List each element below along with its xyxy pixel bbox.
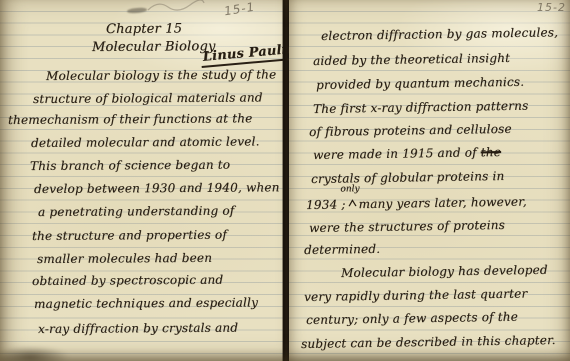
manuscript-line: Molecular biology has developed — [341, 263, 548, 280]
manuscript-line: very rapidly during the last quarter — [304, 286, 528, 304]
manuscript-line: of fibrous proteins and cellulose — [309, 122, 512, 139]
manuscript-line: a penetrating understanding of — [38, 204, 235, 219]
manuscript-line: smaller molecules had been — [37, 251, 212, 266]
chapter-heading: Chapter 15 — [106, 21, 182, 37]
pencil-smudge — [127, 7, 147, 14]
manuscript-line: This branch of science began to — [30, 158, 230, 173]
manuscript-line: aided by the theoretical insight — [313, 51, 510, 68]
manuscript-line: x-ray diffraction by crystals and — [38, 321, 238, 336]
manuscript-line: structure of biological materials and — [33, 90, 263, 106]
pencil-squiggle — [146, 0, 206, 14]
inserted-word: only — [340, 184, 359, 194]
manuscript-line: Molecular biology is the study of the — [46, 67, 276, 83]
manuscript-line: were the structures of proteins — [309, 218, 505, 235]
line-text: were made in 1915 and of — [313, 145, 481, 162]
caret-icon — [348, 199, 357, 206]
manuscript-line: subject can be described in this chapter… — [301, 333, 556, 351]
struck-word: the — [481, 145, 501, 159]
line-text: 1934 ; — [306, 197, 346, 212]
manuscript-line: themechanism of their functions at the — [8, 111, 253, 127]
page-number-right: 15-2 — [537, 1, 566, 14]
shadow-blot — [0, 346, 70, 361]
manuscript-line: The first x-ray diffraction patterns — [313, 99, 529, 116]
manuscript-line: provided by quantum mechanics. — [316, 75, 524, 92]
manuscript-line: 1934 ;onlymany years later, however, — [306, 194, 527, 212]
manuscript-line: magnetic techniques and especially — [34, 295, 258, 311]
manuscript-line: develop between 1930 and 1940, when — [34, 180, 280, 196]
manuscript-line: the structure and properties of — [32, 228, 227, 243]
manuscript-line: crystals of globular proteins in — [311, 169, 505, 186]
right-page: 15-2 electron diffraction by gas molecul… — [289, 0, 570, 361]
manuscript-line: obtained by spectroscopic and — [32, 273, 223, 288]
manuscript-photo: 15-1 Chapter 15 Molecular Biology Linus … — [0, 0, 570, 361]
manuscript-line: were made in 1915 and of the — [313, 145, 501, 162]
line-text: many years later, however, — [359, 195, 527, 212]
page-gutter — [282, 0, 289, 361]
manuscript-line: detailed molecular and atomic level. — [31, 134, 260, 150]
manuscript-line: electron diffraction by gas molecules, — [321, 25, 558, 43]
manuscript-line: century; only a few aspects of the — [306, 310, 518, 327]
page-number-left: 15-1 — [223, 0, 256, 18]
left-page: 15-1 Chapter 15 Molecular Biology Linus … — [0, 0, 283, 361]
manuscript-line: determined. — [304, 242, 380, 257]
insertion-mark: only — [345, 196, 358, 208]
chapter-title: Molecular Biology — [92, 39, 216, 55]
